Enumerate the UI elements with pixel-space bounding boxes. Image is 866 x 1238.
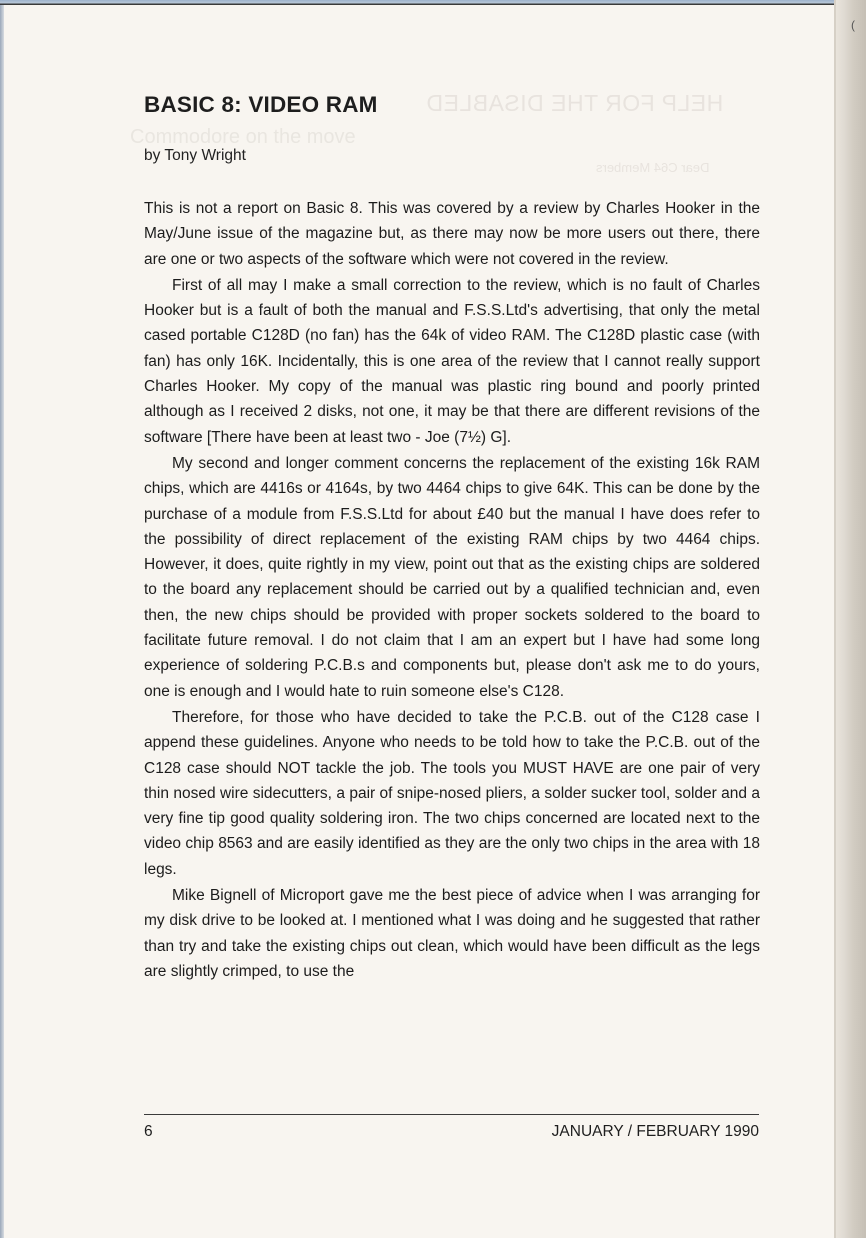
paragraph: My second and longer comment concerns th… (144, 451, 760, 704)
article-body: This is not a report on Basic 8. This wa… (144, 196, 760, 984)
issue-date: JANUARY / FEBRUARY 1990 (552, 1123, 759, 1141)
page-footer: 6 JANUARY / FEBRUARY 1990 (144, 1123, 759, 1141)
footer-divider (144, 1114, 759, 1115)
article: BASIC 8: VIDEO RAM by Tony Wright This i… (144, 91, 760, 984)
article-title: BASIC 8: VIDEO RAM (144, 91, 760, 119)
page-number: 6 (144, 1123, 153, 1141)
paragraph: This is not a report on Basic 8. This wa… (144, 196, 760, 272)
paragraph: Mike Bignell of Microport gave me the be… (144, 883, 760, 984)
paragraph: First of all may I make a small correcti… (144, 273, 760, 450)
paragraph: Therefore, for those who have decided to… (144, 705, 760, 882)
article-byline: by Tony Wright (144, 146, 760, 166)
spine-mark: ( (851, 18, 855, 32)
page-spine-shadow (834, 0, 866, 1238)
